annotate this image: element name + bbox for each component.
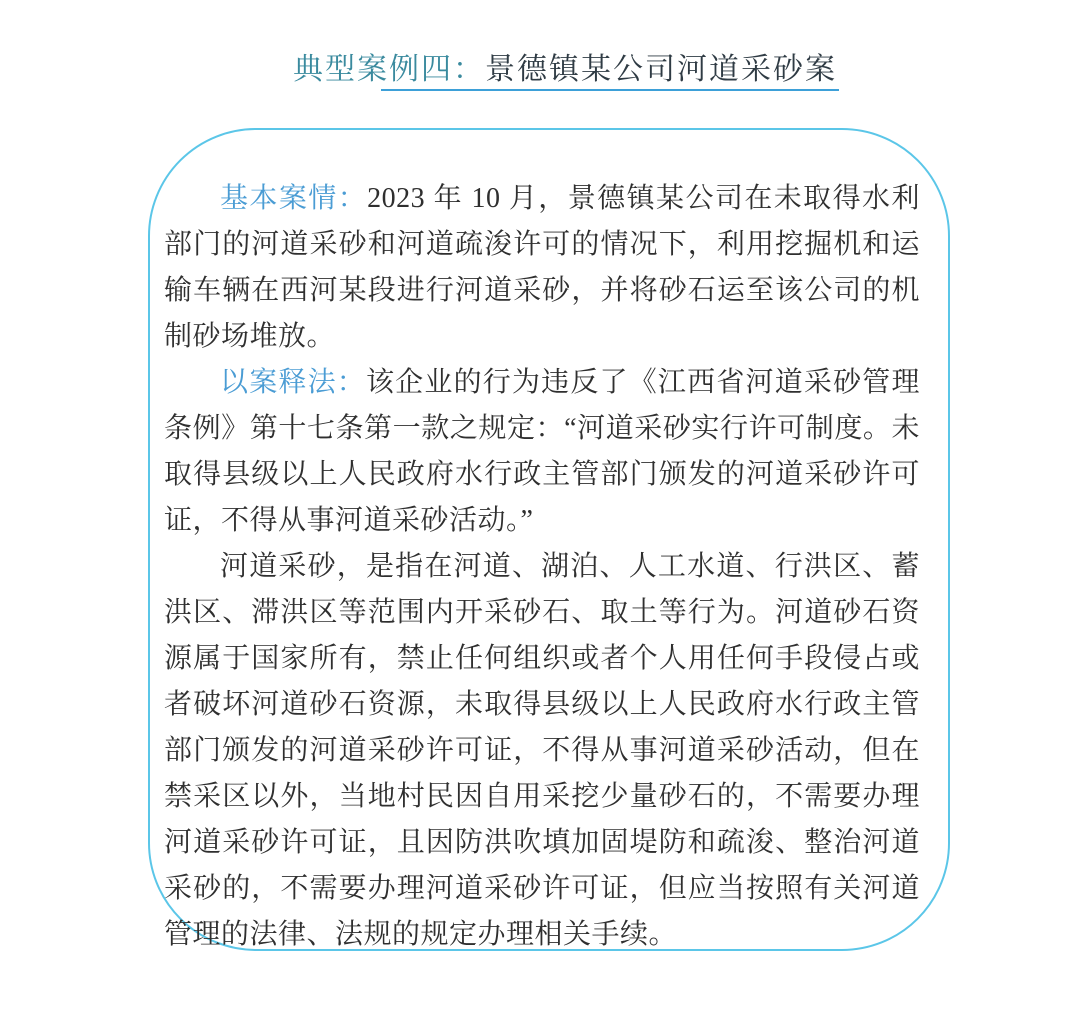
paragraph-explanation: 河道采砂，是指在河道、湖泊、人工水道、行洪区、蓄洪区、滞洪区等范围内开采砂石、取… [164,544,920,958]
title-case-number: 典型案例四： [293,53,485,86]
document-page: 典型案例四：景德镇某公司河道采砂案 基本案情：2023 年 10 月，景德镇某公… [0,0,1074,1030]
title-row: 典型案例四：景德镇某公司河道采砂案 [0,50,1074,90]
case-content-box: 基本案情：2023 年 10 月，景德镇某公司在未取得水利部门的河道采砂和河道疏… [148,128,950,951]
basic-facts-label: 基本案情： [220,183,367,214]
law-interpretation-label: 以案释法： [220,367,366,398]
paragraph-law-interpretation: 以案释法：该企业的行为违反了《江西省河道采砂管理条例》第十七条第一款之规定：“河… [164,360,920,544]
explanation-text: 河道采砂，是指在河道、湖泊、人工水道、行洪区、蓄洪区、滞洪区等范围内开采砂石、取… [164,551,920,950]
title-case-name: 景德镇某公司河道采砂案 [485,53,837,86]
title-underline [381,89,839,91]
paragraph-basic-facts: 基本案情：2023 年 10 月，景德镇某公司在未取得水利部门的河道采砂和河道疏… [164,176,920,360]
page-title: 典型案例四：景德镇某公司河道采砂案 [293,50,837,90]
